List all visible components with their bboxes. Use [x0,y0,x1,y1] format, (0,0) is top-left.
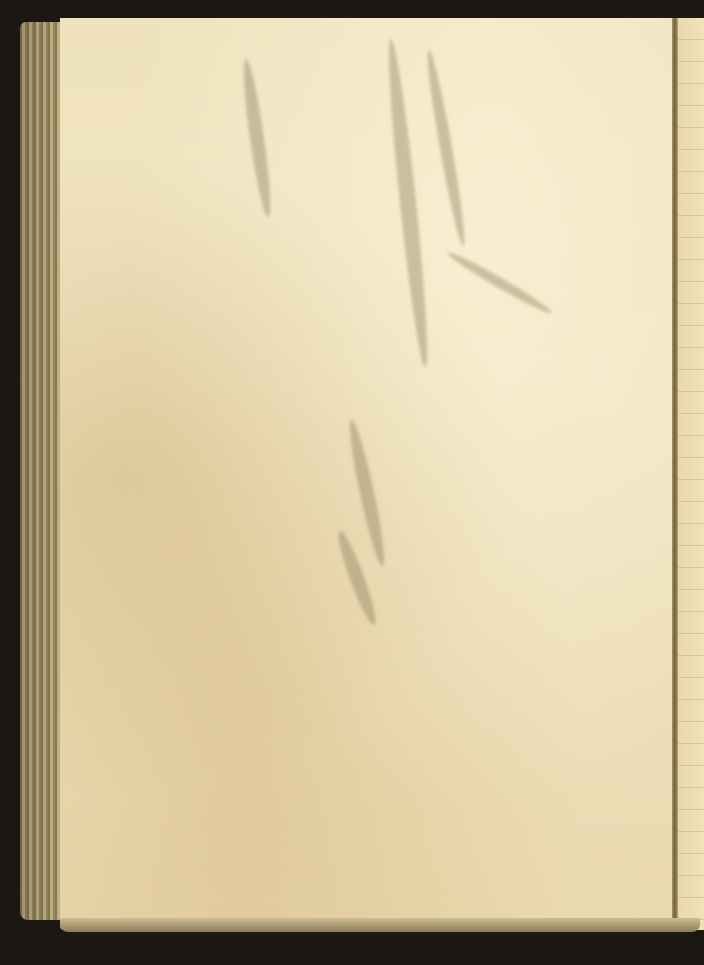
stain-mark [239,58,275,218]
stain-mark [423,48,470,247]
manuscript-photo [0,0,704,965]
page-bottom-edge [60,918,700,932]
stain-mark [446,249,555,318]
stain-mark [383,38,433,368]
right-page-edge [678,18,704,930]
left-page-blank [60,18,676,930]
